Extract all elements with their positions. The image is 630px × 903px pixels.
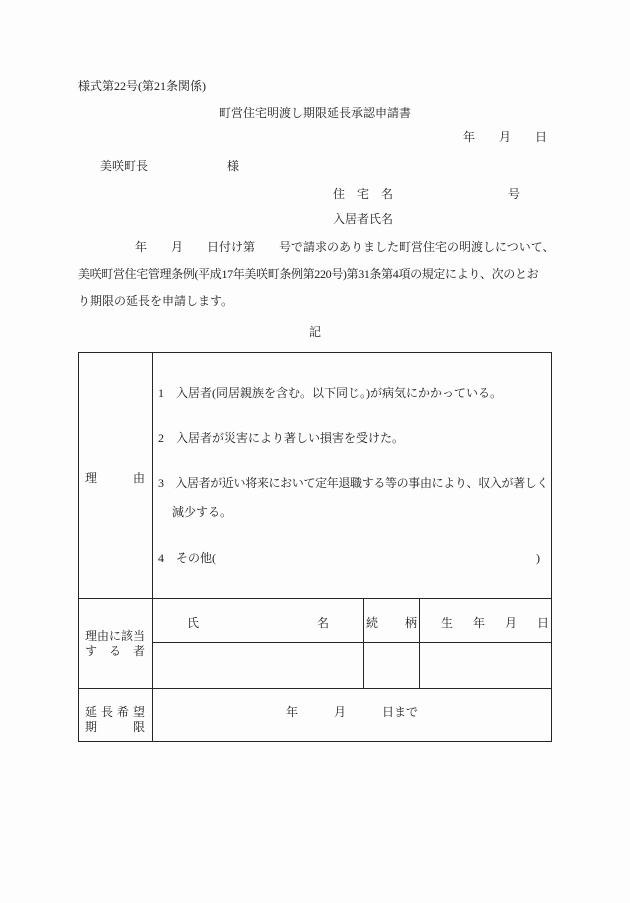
addressee-honorific: 様 (227, 160, 239, 173)
body-paragraph-line-2: 美咲町営住宅管理条例(平成17年美咲町条例第220号)第31条第4項の規定により… (78, 268, 538, 281)
persons-label-line-2: する者 (85, 645, 145, 658)
table-divider-relation-column (363, 598, 364, 688)
housing-name-label: 住 宅 名 (333, 188, 393, 201)
column-header-name: 氏名 (187, 617, 329, 630)
body-paragraph-line-1: 年 月 日付け第 号で請求のありました町営住宅の明渡しについて、 (135, 241, 555, 254)
housing-unit-suffix: 号 (508, 188, 520, 201)
deadline-label-line-2: 期限 (85, 721, 145, 734)
addressee-name: 美咲町長 (100, 160, 148, 173)
reason-item-3-line-2: 減少する。 (172, 506, 232, 519)
table-divider-header-subrow (152, 642, 552, 643)
table-divider-row2-row3 (78, 688, 552, 689)
date-blank-line: 年 月 日 (463, 131, 547, 144)
reason-item-4-close-paren: ) (536, 552, 540, 565)
resident-name-label: 入居者氏名 (333, 213, 393, 226)
application-form-page: 様式第22号(第21条関係) 町営住宅明渡し期限延長承認申請書 年 月 日 美咲… (0, 0, 630, 903)
body-paragraph-line-3: り期限の延長を申請します。 (78, 295, 233, 308)
reasons-table-border (78, 352, 552, 742)
reason-item-4: 4 その他( (158, 552, 216, 565)
deadline-label-line-1: 延長希望 (85, 706, 145, 719)
document-title: 町営住宅明渡し期限延長承認申請書 (78, 107, 552, 120)
deadline-value-blank: 年 月 日まで (152, 706, 552, 719)
table-divider-row1-row2 (78, 598, 552, 599)
reason-label: 理由 (85, 472, 145, 485)
column-header-birthdate: 生年月日 (441, 617, 549, 630)
reason-item-3-line-1: 3 入居者が近い将来において定年退職する等の事由により、収入が著しく (158, 477, 548, 490)
persons-label-line-1: 理由に該当 (85, 630, 145, 643)
form-number: 様式第22号(第21条関係) (78, 80, 206, 93)
reason-item-2: 2 入居者が災害により著しい損害を受けた。 (158, 432, 404, 445)
column-header-relation: 続柄 (366, 617, 417, 630)
table-divider-birthdate-column (419, 598, 420, 688)
table-divider-vertical-main (152, 352, 153, 742)
reason-item-1: 1 入居者(同居親族を含む。以下同じ。)が病気にかかっている。 (158, 387, 502, 400)
note-marker: 記 (78, 326, 552, 339)
